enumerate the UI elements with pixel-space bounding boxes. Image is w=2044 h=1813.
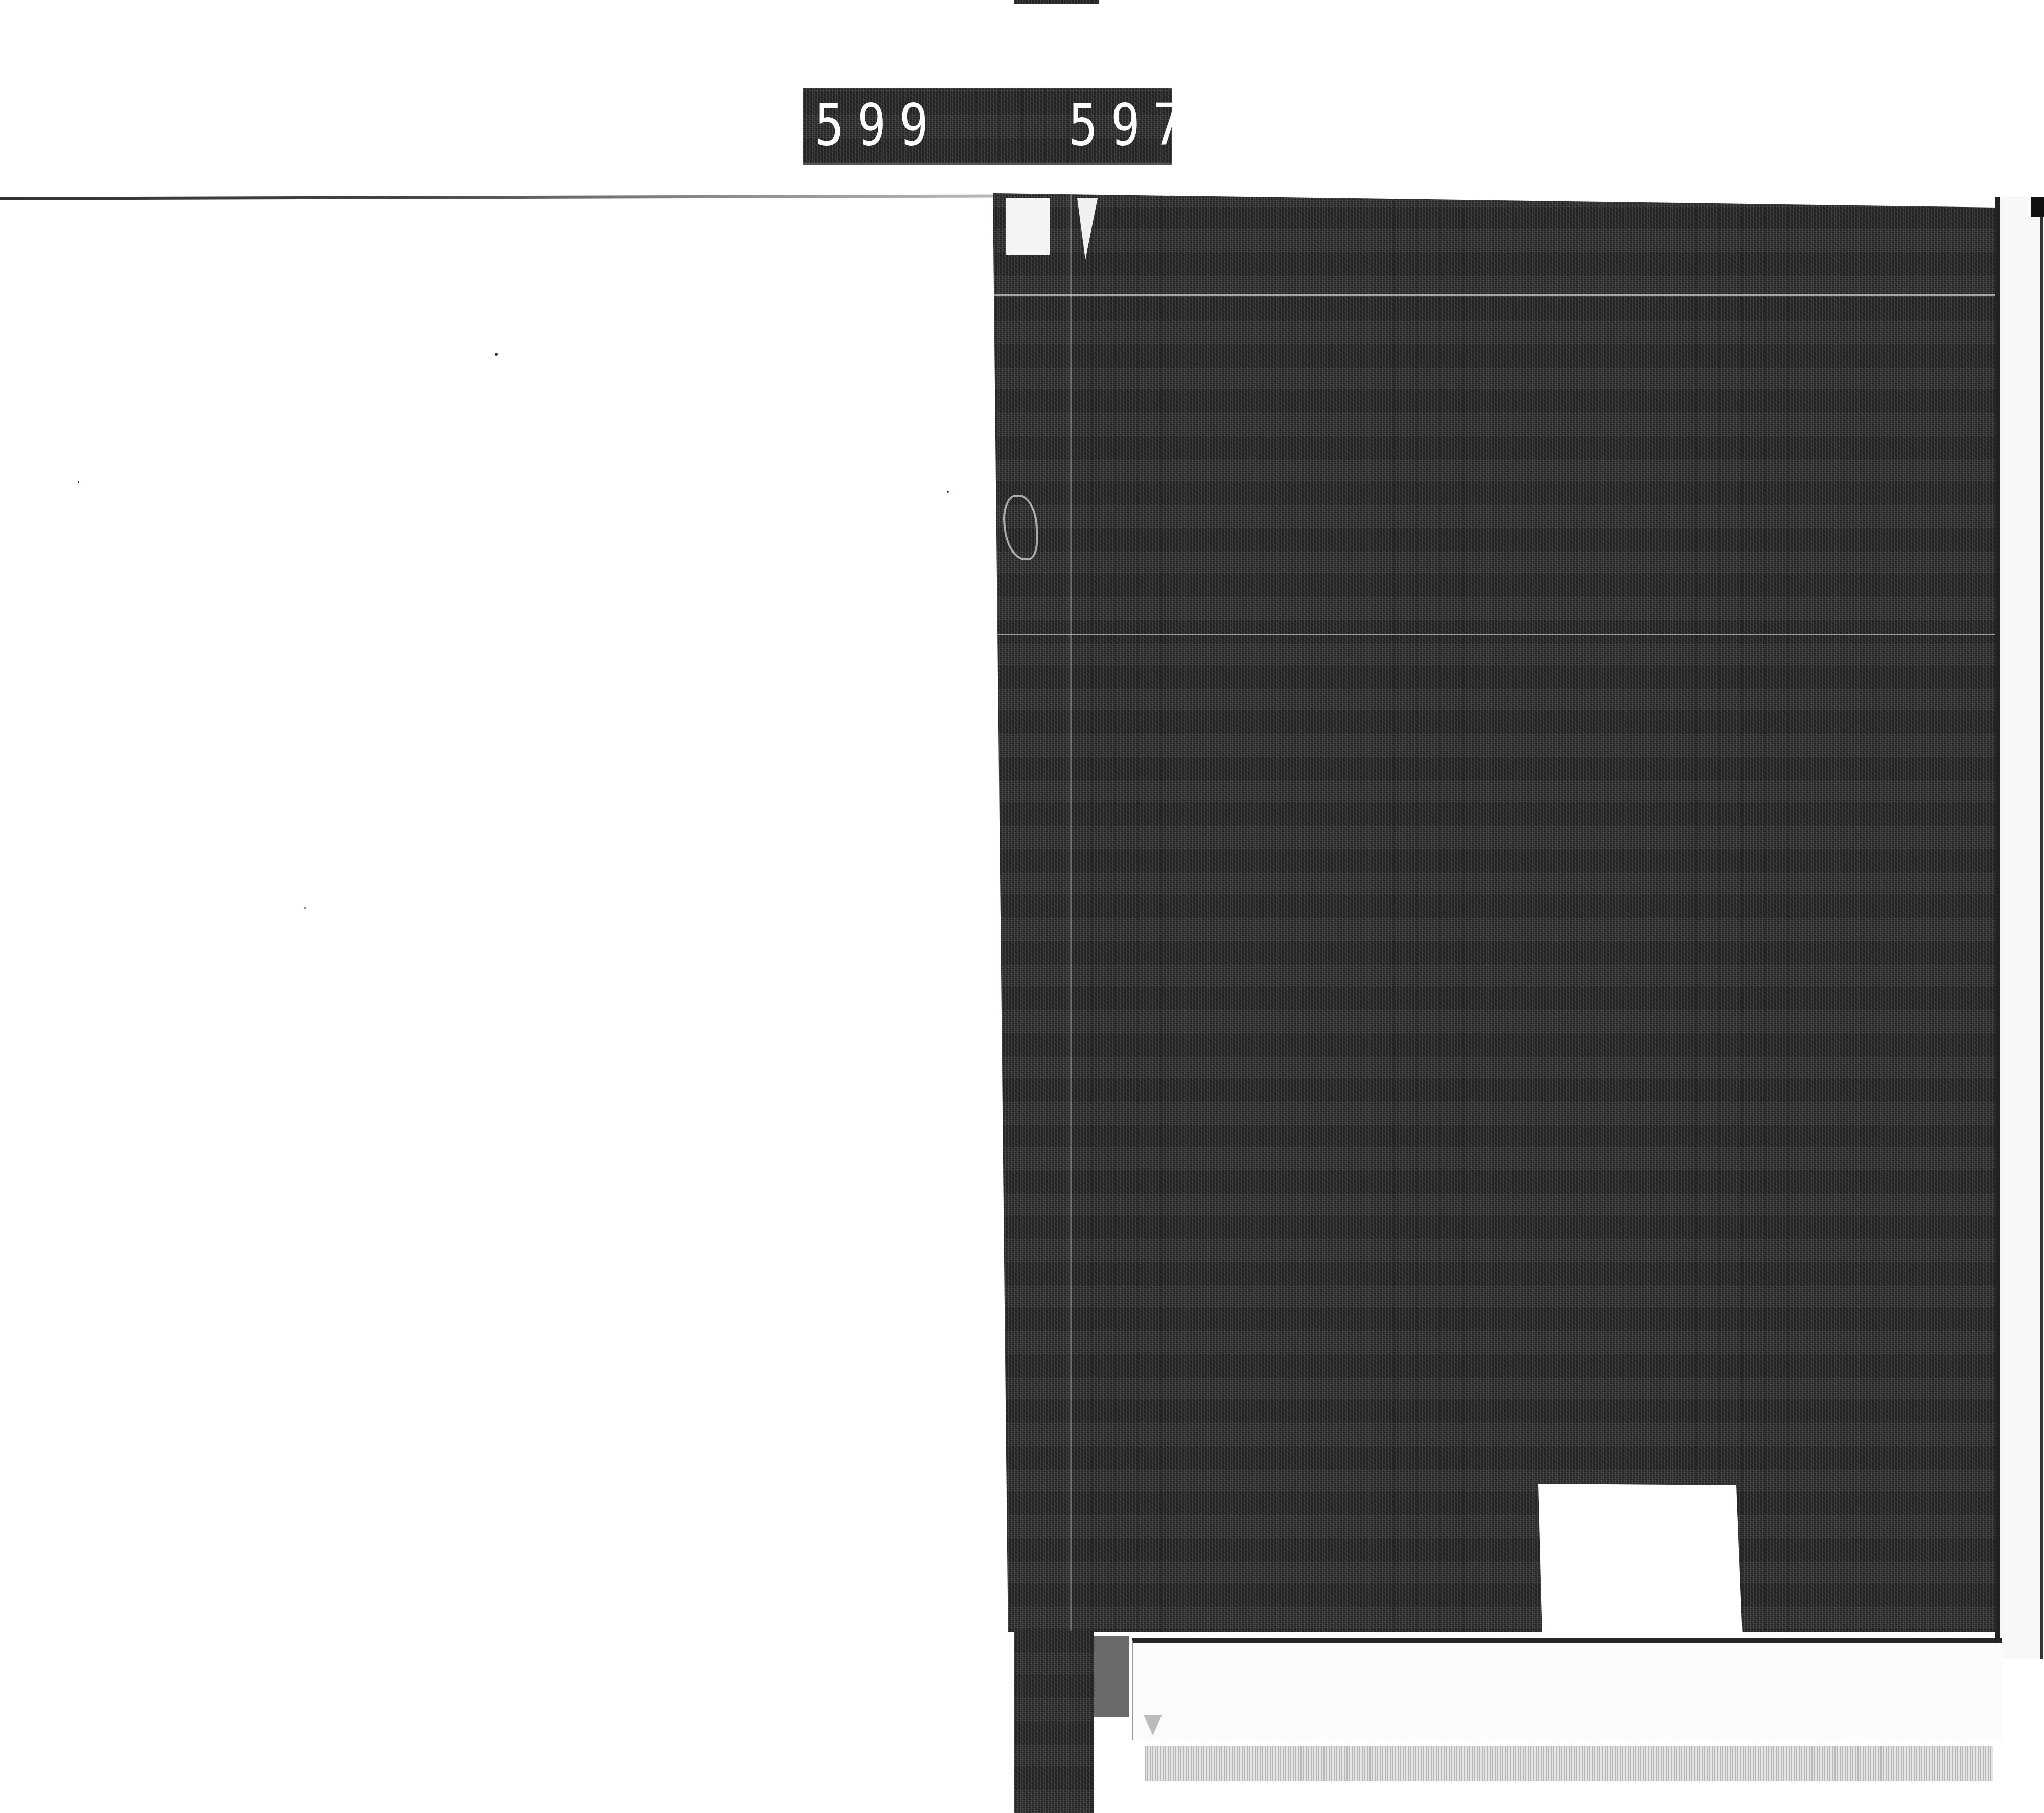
cover-worn-corner [1006,198,1050,255]
page-edge-shading [1145,1746,1993,1781]
dust-speck [78,481,79,483]
book-support-post [1014,1631,1094,1813]
spine-edge [1070,193,1072,1632]
film-edge-mark [2031,197,2044,217]
support-shadow [1094,1636,1129,1717]
book-cover [993,193,2006,1632]
page-edge-strip [1995,197,2043,1659]
frame-numbers: 599 597. [803,97,1238,154]
dust-speck [304,907,306,909]
cover-wear-mark [1003,495,1038,560]
page-edge-card [1132,1638,2002,1740]
scan-border-line [0,194,1002,200]
blank-cover-label [1538,1484,1743,1637]
dust-speck [947,491,949,493]
dust-speck [495,353,498,356]
scan-artifact-line [993,294,2006,296]
microfilm-frame-label: 599 597. [803,88,1172,165]
cover-tear [1077,198,1098,260]
scan-artifact-line [993,634,2006,635]
triangle-mark-icon [1144,1715,1162,1735]
film-edge-tab [1014,0,1099,4]
